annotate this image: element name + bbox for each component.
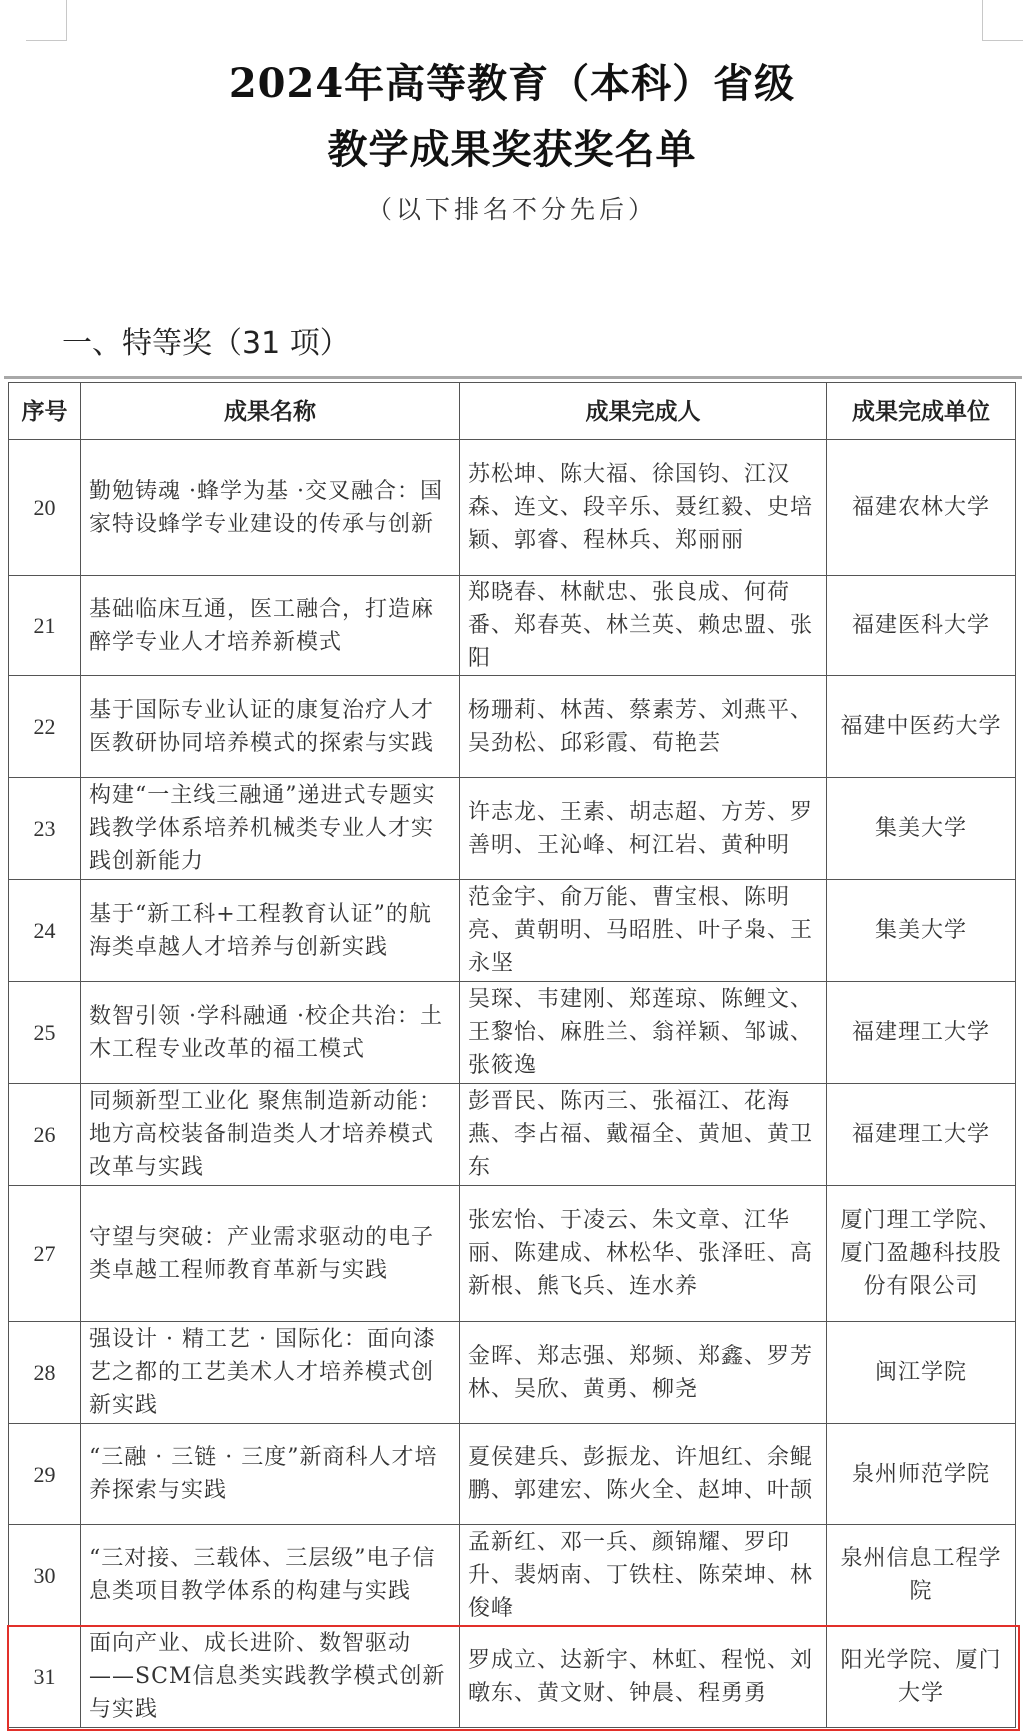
row-number: 23 <box>9 778 81 880</box>
row-achievement-name: “三融 · 三链 · 三度”新商科人才培养探索与实践 <box>81 1424 460 1525</box>
row-unit: 福建中医药大学 <box>827 676 1016 778</box>
row-achievement-name: 基于“新工科+工程教育认证”的航海类卓越人才培养与创新实践 <box>81 880 460 982</box>
row-achievement-name: 基于国际专业认证的康复治疗人才医教研协同培养模式的探索与实践 <box>81 676 460 778</box>
row-achievement-name: 守望与突破：产业需求驱动的电子类卓越工程师教育革新与实践 <box>81 1186 460 1322</box>
table-header-row: 序号 成果名称 成果完成人 成果完成单位 <box>9 383 1016 440</box>
row-achievement-name: 数智引领 ·学科融通 ·校企共治：土木工程专业改革的福工模式 <box>81 982 460 1084</box>
row-people: 吴琛、韦建刚、郑莲琼、陈鲤文、王黎怡、麻胜兰、翁祥颖、邹诚、张筱逸 <box>460 982 827 1084</box>
row-achievement-name: 勤勉铸魂 ·蜂学为基 ·交叉融合：国家特设蜂学专业建设的传承与创新 <box>81 440 460 576</box>
row-unit: 福建理工大学 <box>827 1084 1016 1186</box>
row-number: 31 <box>9 1626 81 1728</box>
row-number: 26 <box>9 1084 81 1186</box>
row-number: 30 <box>9 1525 81 1626</box>
header-name: 成果名称 <box>81 383 460 440</box>
row-achievement-name: 面向产业、成长进阶、数智驱动——SCM信息类实践教学模式创新与实践 <box>81 1626 460 1728</box>
document-title-line1: 2024年高等教育（本科）省级 <box>0 52 1024 109</box>
row-number: 20 <box>9 440 81 576</box>
page-corner-mark-right <box>982 0 1023 41</box>
table-row: 30 “三对接、三载体、三层级”电子信息类项目教学体系的构建与实践 孟新红、邓一… <box>9 1525 1016 1626</box>
row-achievement-name: 构建“一主线三融通”递进式专题实践教学体系培养机械类专业人才实践创新能力 <box>81 778 460 880</box>
row-unit: 闽江学院 <box>827 1322 1016 1424</box>
row-unit: 福建医科大学 <box>827 576 1016 676</box>
row-people: 彭晋民、陈丙三、张福江、花海燕、李占福、戴福全、黄旭、黄卫东 <box>460 1084 827 1186</box>
row-people: 许志龙、王素、胡志超、方芳、罗善明、王沁峰、柯江岩、黄种明 <box>460 778 827 880</box>
row-number: 27 <box>9 1186 81 1322</box>
document-title-line2: 教学成果奖获奖名单 <box>0 118 1024 175</box>
table-top-rule <box>4 376 1022 379</box>
row-unit: 集美大学 <box>827 778 1016 880</box>
table-row: 27 守望与突破：产业需求驱动的电子类卓越工程师教育革新与实践 张宏怡、于凌云、… <box>9 1186 1016 1322</box>
table-row: 26 同频新型工业化 聚焦制造新动能：地方高校装备制造类人才培养模式改革与实践 … <box>9 1084 1016 1186</box>
table-row: 28 强设计 · 精工艺 · 国际化：面向漆艺之都的工艺美术人才培养模式创新实践… <box>9 1322 1016 1424</box>
row-unit: 阳光学院、厦门大学 <box>827 1626 1016 1728</box>
row-number: 28 <box>9 1322 81 1424</box>
row-number: 22 <box>9 676 81 778</box>
row-people: 孟新红、邓一兵、颜锦耀、罗印升、裴炳南、丁铁柱、陈荣坤、林俊峰 <box>460 1525 827 1626</box>
row-achievement-name: “三对接、三载体、三层级”电子信息类项目教学体系的构建与实践 <box>81 1525 460 1626</box>
header-unit: 成果完成单位 <box>827 383 1016 440</box>
section-heading: 一、特等奖（31 项） <box>62 318 350 362</box>
table-row: 22 基于国际专业认证的康复治疗人才医教研协同培养模式的探索与实践 杨珊莉、林茜… <box>9 676 1016 778</box>
header-number: 序号 <box>9 383 81 440</box>
row-unit: 泉州师范学院 <box>827 1424 1016 1525</box>
row-people: 苏松坤、陈大福、徐国钧、江汉森、连文、段辛乐、聂红毅、史培颖、郭睿、程林兵、郑丽… <box>460 440 827 576</box>
table-row: 20 勤勉铸魂 ·蜂学为基 ·交叉融合：国家特设蜂学专业建设的传承与创新 苏松坤… <box>9 440 1016 576</box>
page-corner-mark-left <box>26 0 67 41</box>
header-people: 成果完成人 <box>460 383 827 440</box>
row-unit: 福建理工大学 <box>827 982 1016 1084</box>
table-row: 21 基础临床互通，医工融合，打造麻醉学专业人才培养新模式 郑晓春、林献忠、张良… <box>9 576 1016 676</box>
row-unit: 集美大学 <box>827 880 1016 982</box>
row-unit: 福建农林大学 <box>827 440 1016 576</box>
row-achievement-name: 强设计 · 精工艺 · 国际化：面向漆艺之都的工艺美术人才培养模式创新实践 <box>81 1322 460 1424</box>
row-people: 罗成立、达新宇、林虹、程悦、刘暾东、黄文财、钟晨、程勇勇 <box>460 1626 827 1728</box>
row-achievement-name: 同频新型工业化 聚焦制造新动能：地方高校装备制造类人才培养模式改革与实践 <box>81 1084 460 1186</box>
table-row: 29 “三融 · 三链 · 三度”新商科人才培养探索与实践 夏侯建兵、彭振龙、许… <box>9 1424 1016 1525</box>
row-number: 24 <box>9 880 81 982</box>
row-unit: 泉州信息工程学院 <box>827 1525 1016 1626</box>
row-number: 29 <box>9 1424 81 1525</box>
row-number: 21 <box>9 576 81 676</box>
row-people: 杨珊莉、林茜、蔡素芳、刘燕平、吴劲松、邱彩霞、荀艳芸 <box>460 676 827 778</box>
row-people: 范金宇、俞万能、曹宝根、陈明亮、黄朝明、马昭胜、叶子枭、王永坚 <box>460 880 827 982</box>
row-people: 夏侯建兵、彭振龙、许旭红、余鲲鹏、郭建宏、陈火全、赵坤、叶颉 <box>460 1424 827 1525</box>
row-achievement-name: 基础临床互通，医工融合，打造麻醉学专业人才培养新模式 <box>81 576 460 676</box>
row-unit: 厦门理工学院、厦门盈趣科技股份有限公司 <box>827 1186 1016 1322</box>
awards-table: 序号 成果名称 成果完成人 成果完成单位 20 勤勉铸魂 ·蜂学为基 ·交叉融合… <box>8 382 1016 1728</box>
table-row: 23 构建“一主线三融通”递进式专题实践教学体系培养机械类专业人才实践创新能力 … <box>9 778 1016 880</box>
row-people: 郑晓春、林献忠、张良成、何荷番、郑春英、林兰英、赖忠盟、张阳 <box>460 576 827 676</box>
row-people: 金晖、郑志强、郑频、郑鑫、罗芳林、吴欣、黄勇、柳尧 <box>460 1322 827 1424</box>
table-row: 24 基于“新工科+工程教育认证”的航海类卓越人才培养与创新实践 范金宇、俞万能… <box>9 880 1016 982</box>
row-number: 25 <box>9 982 81 1084</box>
row-people: 张宏怡、于凌云、朱文章、江华丽、陈建成、林松华、张泽旺、高新根、熊飞兵、连水养 <box>460 1186 827 1322</box>
table-row-highlighted: 31 面向产业、成长进阶、数智驱动——SCM信息类实践教学模式创新与实践 罗成立… <box>9 1626 1016 1728</box>
document-subtitle: （以下排名不分先后） <box>0 190 1024 226</box>
table-row: 25 数智引领 ·学科融通 ·校企共治：土木工程专业改革的福工模式 吴琛、韦建刚… <box>9 982 1016 1084</box>
